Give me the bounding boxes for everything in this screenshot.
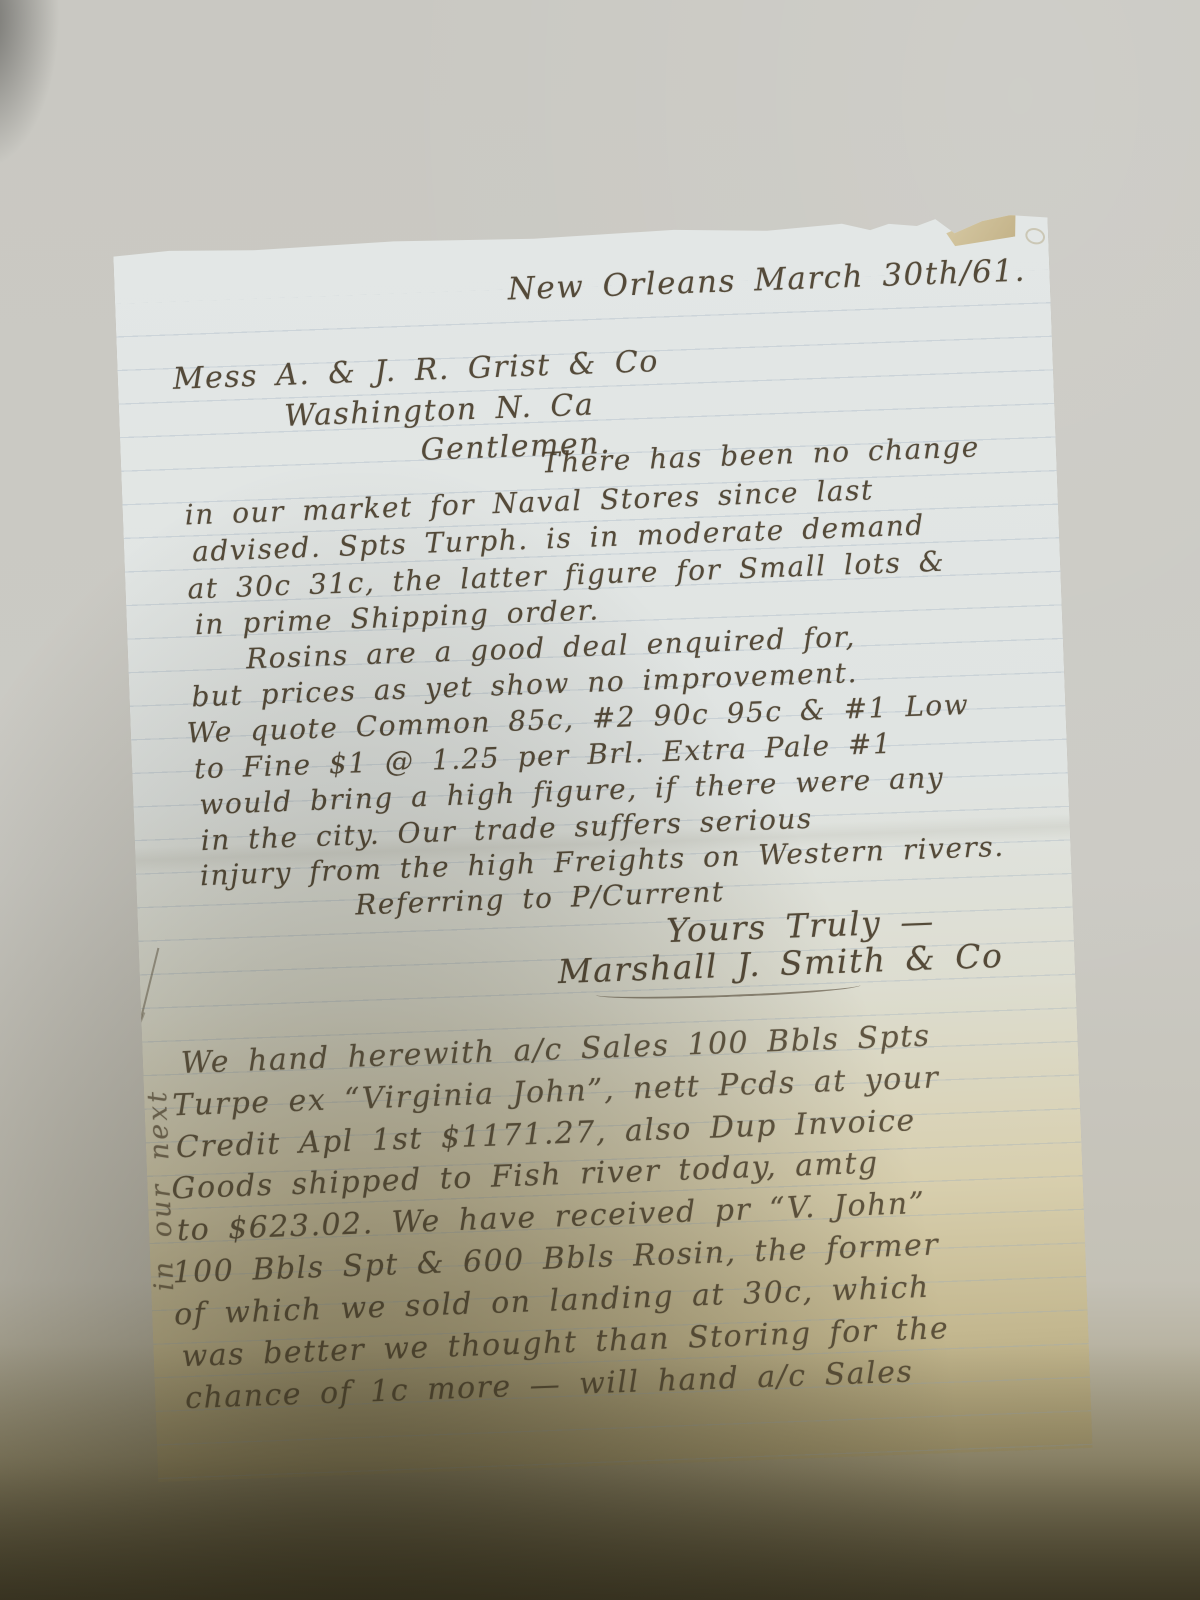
torn-paper-curl — [1023, 226, 1047, 247]
corner-shadow — [0, 0, 60, 170]
letter-paper: New Orleans March 30th/61. Mess A. & J. … — [113, 214, 1093, 1482]
dateline: New Orleans March 30th/61. — [507, 253, 1026, 308]
folded-corner — [943, 204, 1022, 251]
recipient-place: Washington N. Ca — [284, 387, 595, 433]
margin-pen-stroke — [99, 1012, 146, 1124]
